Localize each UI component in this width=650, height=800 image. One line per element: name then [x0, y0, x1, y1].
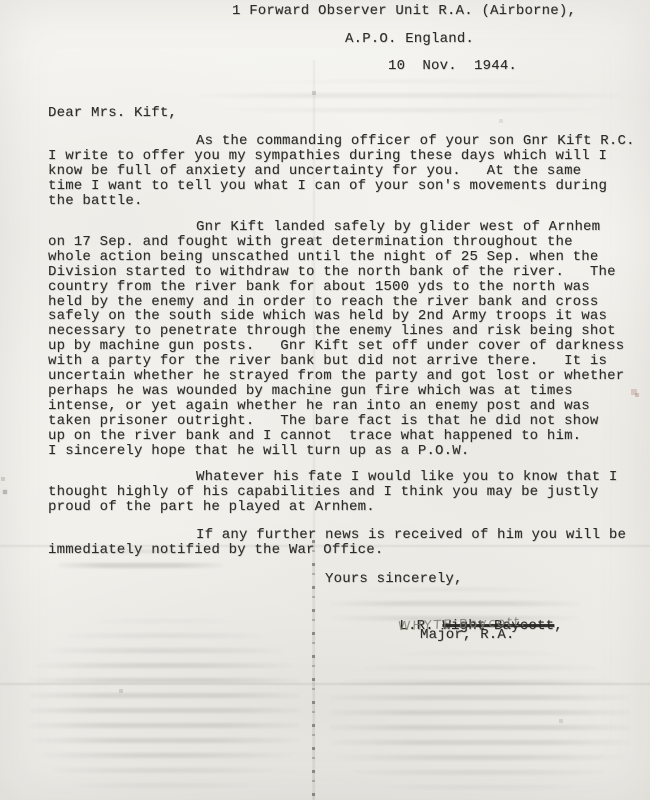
letterhead-date: 10 Nov. 1944. — [388, 59, 517, 74]
letter-line: I sincerely hope that he will turn up as… — [48, 444, 624, 459]
letter-line: perhaps he was wounded by machine gun fi… — [48, 384, 624, 399]
letter-line: thought highly of his capabilities and I… — [48, 485, 617, 500]
letter-line: taken prisoner outright. The bare fact i… — [48, 414, 624, 429]
paragraph-3: Whatever his fate I would like you to kn… — [48, 470, 617, 515]
letter-line: intense, or yet again whether he ran int… — [48, 399, 624, 414]
paragraph-2: Gnr Kift landed safely by glider west of… — [48, 220, 624, 459]
bleed-through-smudge — [30, 618, 300, 798]
letter-line: Whatever his fate I would like you to kn… — [48, 470, 617, 485]
salutation: Dear Mrs. Kift, — [48, 106, 177, 121]
letter-line: whole action being unscathed until the n… — [48, 250, 624, 265]
letter-line: As the commanding officer of your son Gn… — [48, 134, 635, 149]
letter-line: proud of the part he played at Arnhem. — [48, 500, 617, 515]
letter-line: with a party for the river bank but did … — [48, 354, 624, 369]
letter-line: I write to offer you my sympathies durin… — [48, 149, 635, 164]
letter-line: up on the river bank and I cannot trace … — [48, 429, 624, 444]
bleed-through-smudge — [58, 548, 223, 578]
letter-line: time I want to tell you what I can of yo… — [48, 179, 635, 194]
letter-line: If any further news is received of him y… — [48, 528, 626, 543]
letterhead-unit: 1 Forward Observer Unit R.A. (Airborne), — [232, 4, 576, 19]
letter-line: necessary to penetrate through the enemy… — [48, 324, 624, 339]
letter-line: up by machine gun posts. Gnr Kift set of… — [48, 339, 624, 354]
paragraph-1: As the commanding officer of your son Gn… — [48, 134, 635, 209]
horizontal-fold-crease — [0, 683, 650, 685]
scanned-letter-page: 1 Forward Observer Unit R.A. (Airborne),… — [0, 0, 650, 800]
letter-line: know be full of anxiety and uncertainty … — [48, 164, 635, 179]
bleed-through-smudge — [330, 650, 630, 795]
valediction: Yours sincerely, — [325, 572, 463, 587]
letter-line: the battle. — [48, 194, 635, 209]
letter-line: Gnr Kift landed safely by glider west of… — [48, 220, 624, 235]
letter-line: uncertain whether he strayed from the pa… — [48, 369, 624, 384]
letterhead-address: A.P.O. England. — [345, 32, 474, 47]
ink-speck-artifacts — [0, 0, 2, 2]
horizontal-fold-crease — [0, 545, 650, 547]
bleed-through-smudge — [200, 78, 620, 118]
letter-line: country from the river bank for about 15… — [48, 280, 624, 295]
letter-line: Division started to withdraw to the nort… — [48, 265, 624, 280]
vertical-fold-crease-dashes — [312, 540, 315, 800]
bleed-through-smudge — [330, 586, 580, 632]
letter-line: on 17 Sep. and fought with great determi… — [48, 235, 624, 250]
